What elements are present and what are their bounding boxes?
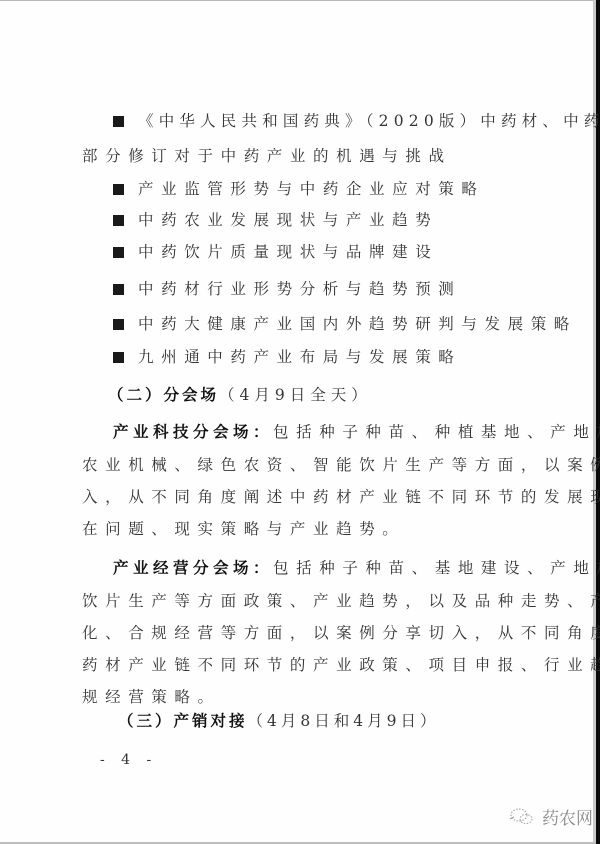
bullet-item-5: 中药材行业形势分析与趋势预测 xyxy=(138,279,461,299)
watermark-text: 药农网 xyxy=(542,804,593,829)
bullet-item-4: 中药饮片质量现状与品牌建设 xyxy=(138,242,438,262)
square-bullet-icon xyxy=(113,247,124,258)
paragraph-2-line-5: 规经营策略。 xyxy=(82,687,221,707)
section-2-title: （二）分会场 xyxy=(108,386,219,404)
paragraph-2-text: 包括种子种苗、基地建设、产地加工、 xyxy=(273,559,600,577)
square-bullet-icon xyxy=(113,184,124,195)
paragraph-1-line-2: 农业机械、绿色农资、智能饮片生产等方面，以案例分享切 xyxy=(82,455,600,475)
square-bullet-icon xyxy=(113,284,124,295)
square-bullet-icon xyxy=(113,352,124,363)
paragraph-2-line-3: 化、合规经营等方面，以案例分享切入，从不同角度阐述中 xyxy=(82,623,600,643)
paragraph-2-line-2: 饮片生产等方面政策、产业趋势，以及品种走势、产品品牌 xyxy=(82,591,600,611)
paragraph-2-lead: 产业经营分会场： xyxy=(113,559,273,577)
paragraph-1-line-1: 产业科技分会场：包括种子种苗、种植基地、产地加工、 xyxy=(113,422,600,442)
section-3-title: （三）产销对接 xyxy=(118,712,248,730)
paragraph-2-line-1: 产业经营分会场：包括种子种苗、基地建设、产地加工、 xyxy=(113,558,600,578)
bullet-item-7: 九州通中药产业布局与发展策略 xyxy=(138,347,461,367)
section-2-date-note: （4月9日全天） xyxy=(219,386,372,404)
bullet-item-2: 产业监管形势与中药企业应对策略 xyxy=(138,179,485,199)
wechat-logo-icon xyxy=(508,806,536,826)
paragraph-2-line-4: 药材产业链不同环节的产业政策、项目申报、行业趋势与合 xyxy=(82,655,600,675)
paragraph-1-text: 包括种子种苗、种植基地、产地加工、 xyxy=(273,423,600,441)
square-bullet-icon xyxy=(113,215,124,226)
paragraph-1-line-3: 入，从不同角度阐述中药材产业链不同环节的发展现状、存 xyxy=(82,487,600,507)
section-3-heading: （三）产销对接（4月8日和4月9日） xyxy=(118,711,439,731)
square-bullet-icon xyxy=(113,319,124,330)
page-number: - 4 - xyxy=(100,752,157,768)
bullet-item-3: 中药农业发展现状与产业趋势 xyxy=(138,210,438,230)
square-bullet-icon xyxy=(113,116,124,127)
bullet-item-6: 中药大健康产业国内外趋势研判与发展策略 xyxy=(138,314,577,334)
bullet-item-1-line-2: 部分修订对于中药产业的机遇与挑战 xyxy=(82,146,452,166)
section-2-heading: （二）分会场（4月9日全天） xyxy=(108,385,372,405)
paragraph-1-line-4: 在问题、现实策略与产业趋势。 xyxy=(82,519,405,539)
paragraph-1-lead: 产业科技分会场： xyxy=(113,423,273,441)
bullet-item-1-line-1: 《中华人民共和国药典》（2020版）中药材、中药饮片 xyxy=(138,111,600,131)
section-3-date-note: （4月8日和4月9日） xyxy=(248,712,440,730)
